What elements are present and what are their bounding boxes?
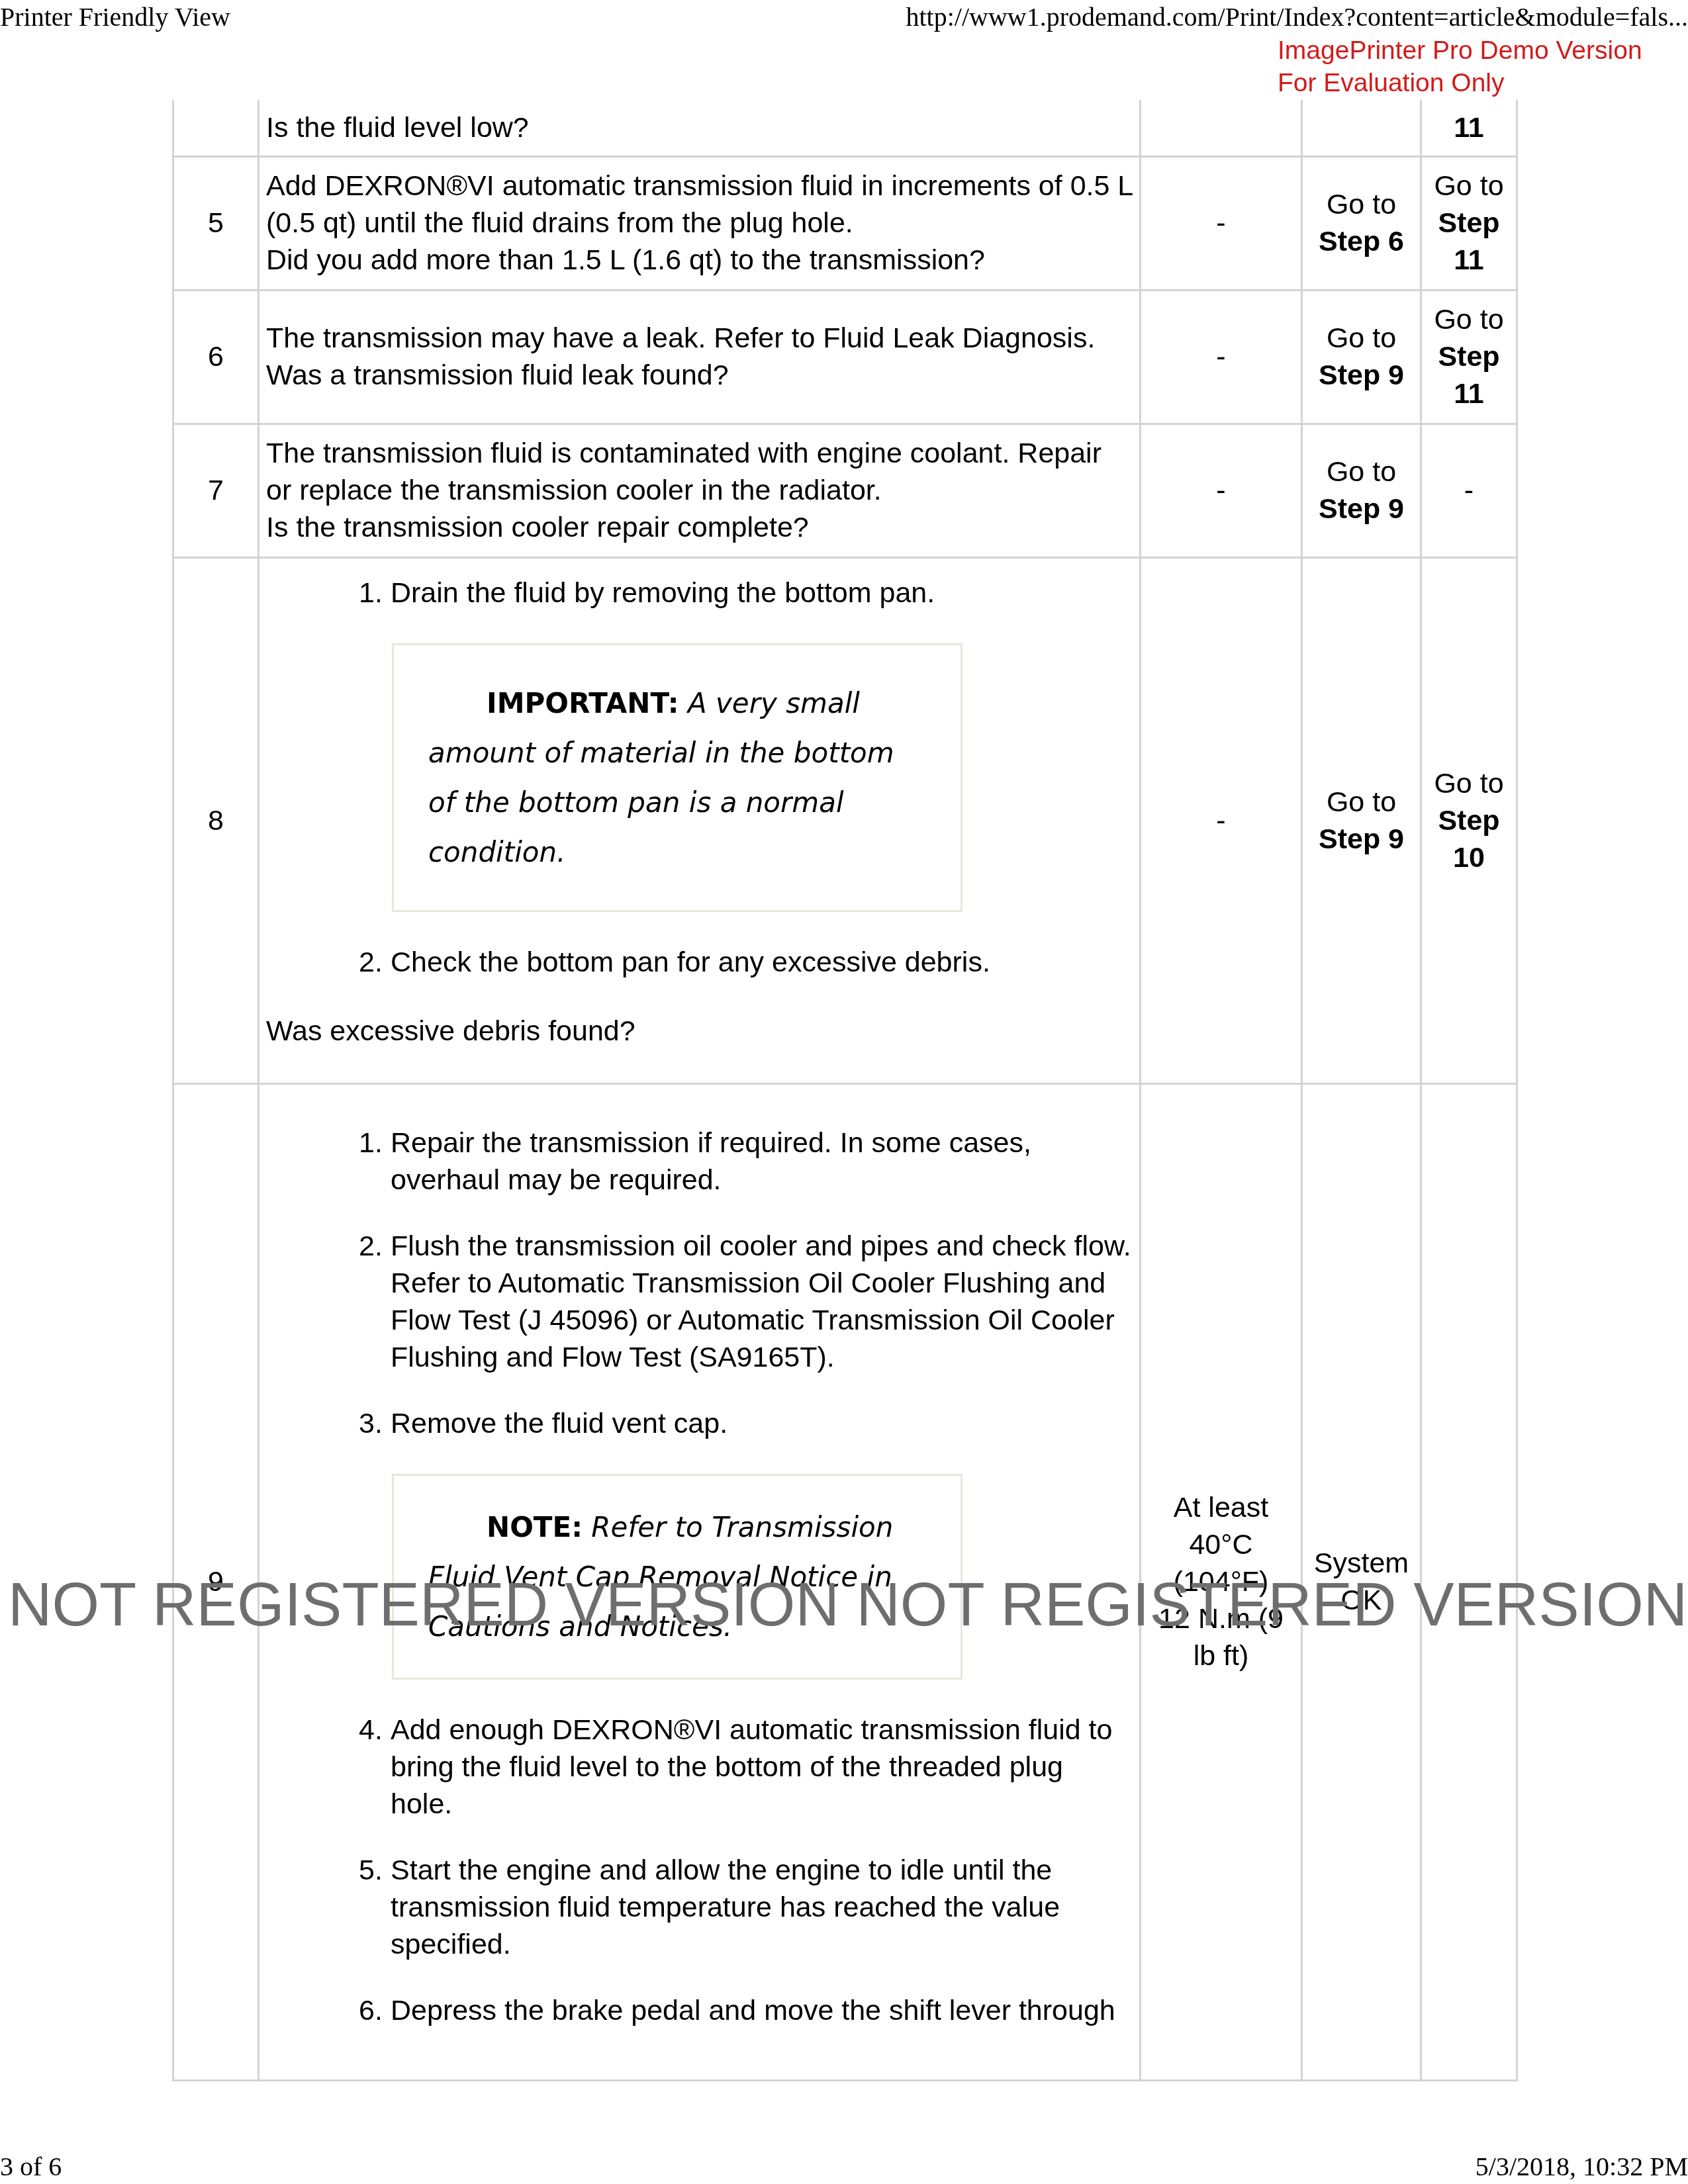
print-header-url: http://www1.prodemand.com/Print/Index?co… <box>906 1 1688 33</box>
step-no: 11 <box>1421 100 1517 156</box>
step-number <box>173 100 259 156</box>
action-question: Was a transmission fluid leak found? <box>266 357 1133 394</box>
table-row: 6 The transmission may have a leak. Refe… <box>173 290 1517 424</box>
unregistered-watermark: NOT REGISTERED VERSION NOT REGISTERED VE… <box>8 1572 1688 1638</box>
step-action: The transmission fluid is contaminated w… <box>259 424 1141 557</box>
substep-item: 3. Remove the fluid vent cap. <box>359 1405 1133 1442</box>
substep-text: Drain the fluid by removing the bottom p… <box>391 577 935 609</box>
substep-text: Flush the transmission oil cooler and pi… <box>391 1230 1131 1373</box>
goto-label: Go to <box>1303 453 1420 490</box>
substep-text: Depress the brake pedal and move the shi… <box>391 1995 1115 2026</box>
substep-number: 6. <box>359 1992 383 2029</box>
action-text: The transmission may have a leak. Refer … <box>266 320 1133 357</box>
substep-text: Check the bottom pan for any excessive d… <box>391 946 990 978</box>
substep-list: 4. Add enough DEXRON®VI automatic transm… <box>266 1711 1133 2029</box>
demo-version-stamp: ImagePrinter Pro Demo Version For Evalua… <box>1278 34 1642 99</box>
step-action: Add DEXRON®VI automatic transmission flu… <box>259 156 1141 290</box>
goto-label: Go to <box>1303 186 1420 223</box>
goto-label: Go to <box>1422 167 1516 205</box>
step-number: 6 <box>173 290 259 424</box>
step-action: 1. Drain the fluid by removing the botto… <box>259 557 1141 1083</box>
table-row: 8 1. Drain the fluid by removing the bot… <box>173 557 1517 1083</box>
action-question: Is the transmission cooler repair comple… <box>266 509 1133 546</box>
substep-list: 2. Check the bottom pan for any excessiv… <box>266 944 1133 981</box>
table-row: 5 Add DEXRON®VI automatic transmission f… <box>173 156 1517 290</box>
step-yes-link[interactable]: Go to Step 9 <box>1302 557 1421 1083</box>
goto-step: Step 6 <box>1303 223 1420 260</box>
goto-label: Go to <box>1303 320 1420 357</box>
goto-step: Step 9 <box>1303 821 1420 858</box>
step-number: 8 <box>173 557 259 1083</box>
step-no-link[interactable]: Go to Step 11 <box>1421 156 1517 290</box>
step-value: - <box>1141 557 1302 1083</box>
notice-label: NOTE: <box>487 1511 583 1543</box>
substep-text: Remove the fluid vent cap. <box>391 1408 727 1439</box>
notice-label: IMPORTANT: <box>487 687 679 719</box>
goto-step: Step 9 <box>1303 490 1420 527</box>
substep-number: 3. <box>359 1405 383 1442</box>
notice-text-1: A very small <box>688 687 860 719</box>
value-line: At least <box>1141 1489 1301 1526</box>
action-question: Did you add more than 1.5 L (1.6 qt) to … <box>266 242 1133 279</box>
substep-item: 6. Depress the brake pedal and move the … <box>359 1992 1133 2029</box>
value-line: 40°C <box>1141 1526 1301 1563</box>
goto-step: Step <box>1422 802 1516 839</box>
action-question: Was excessive debris found? <box>266 1013 1133 1050</box>
step-number: 5 <box>173 156 259 290</box>
substep-number: 1. <box>359 1124 383 1161</box>
step-yes-link[interactable]: Go to Step 9 <box>1302 290 1421 424</box>
substep-text: Start the engine and allow the engine to… <box>391 1854 1060 1960</box>
important-notice-box: IMPORTANT: A very small amount of materi… <box>392 643 962 912</box>
goto-step: Step <box>1422 205 1516 242</box>
goto-step-number: 11 <box>1422 375 1516 412</box>
goto-label: Go to <box>1422 301 1516 338</box>
substep-item: 1. Repair the transmission if required. … <box>359 1124 1133 1199</box>
action-text: The transmission fluid is contaminated w… <box>266 435 1133 509</box>
goto-step: Step <box>1422 338 1516 375</box>
goto-label: Go to <box>1422 765 1516 802</box>
print-header-title: Printer Friendly View <box>0 1 230 33</box>
step-value: - <box>1141 424 1302 557</box>
step-yes-link[interactable]: Go to Step 9 <box>1302 424 1421 557</box>
step-action: The transmission may have a leak. Refer … <box>259 290 1141 424</box>
goto-step: Step 9 <box>1303 357 1420 394</box>
substep-number: 1. <box>359 574 383 612</box>
value-line: lb ft) <box>1141 1637 1301 1674</box>
step-yes <box>1302 100 1421 156</box>
substep-list: 1. Drain the fluid by removing the botto… <box>266 574 1133 612</box>
substep-number: 4. <box>359 1711 383 1749</box>
table-row: 7 The transmission fluid is contaminated… <box>173 424 1517 557</box>
substep-item: 2. Check the bottom pan for any excessiv… <box>359 944 1133 981</box>
substep-number: 2. <box>359 1228 383 1265</box>
substep-list: 1. Repair the transmission if required. … <box>266 1124 1133 1442</box>
goto-step-number: 11 <box>1422 242 1516 279</box>
page-number: 3 of 6 <box>0 2151 62 2183</box>
substep-number: 2. <box>359 944 383 981</box>
notice-text-1: Refer to Transmission <box>591 1511 893 1543</box>
goto-step-number: 10 <box>1422 839 1516 876</box>
step-number: 7 <box>173 424 259 557</box>
step-value: - <box>1141 290 1302 424</box>
step-value <box>1141 100 1302 156</box>
substep-item: 5. Start the engine and allow the engine… <box>359 1852 1133 1963</box>
substep-item: 2. Flush the transmission oil cooler and… <box>359 1228 1133 1376</box>
action-text: Add DEXRON®VI automatic transmission flu… <box>266 167 1133 242</box>
step-value: - <box>1141 156 1302 290</box>
table-row: Is the fluid level low? 11 <box>173 100 1517 156</box>
step-action: Is the fluid level low? <box>259 100 1141 156</box>
goto-label: Go to <box>1303 784 1420 821</box>
notice-text: amount of material in the bottom of the … <box>428 737 894 868</box>
step-no-link[interactable]: Go to Step 10 <box>1421 557 1517 1083</box>
substep-item: 1. Drain the fluid by removing the botto… <box>359 574 1133 612</box>
step-no-link[interactable]: Go to Step 11 <box>1421 290 1517 424</box>
substep-text: Add enough DEXRON®VI automatic transmiss… <box>391 1714 1112 1820</box>
diagnostic-steps-table: Is the fluid level low? 11 5 Add DEXRON®… <box>172 100 1518 2081</box>
demo-stamp-line2: For Evaluation Only <box>1278 67 1642 99</box>
substep-text: Repair the transmission if required. In … <box>391 1127 1031 1196</box>
print-datetime: 5/3/2018, 10:32 PM <box>1476 2151 1688 2183</box>
substep-item: 4. Add enough DEXRON®VI automatic transm… <box>359 1711 1133 1823</box>
step-yes-link[interactable]: Go to Step 6 <box>1302 156 1421 290</box>
step-no: - <box>1421 424 1517 557</box>
substep-number: 5. <box>359 1852 383 1889</box>
demo-stamp-line1: ImagePrinter Pro Demo Version <box>1278 34 1642 67</box>
